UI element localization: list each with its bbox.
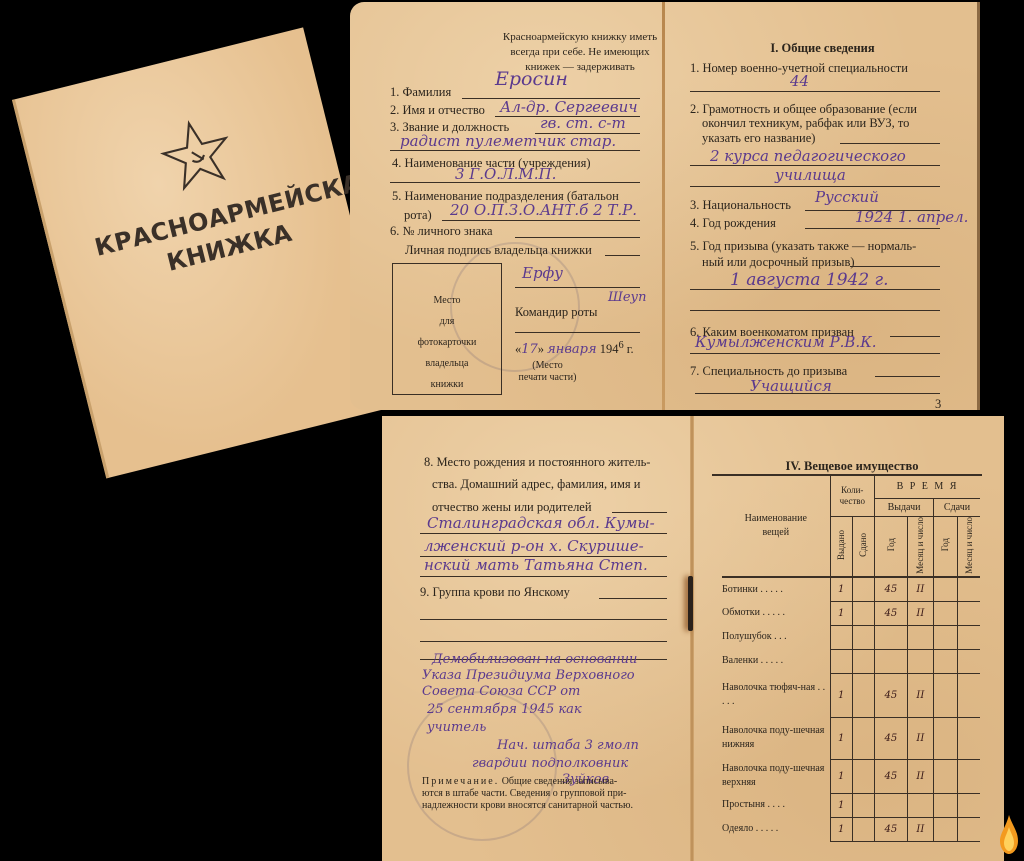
date-month: января	[547, 342, 596, 357]
photo-label-line: книжки	[393, 374, 501, 395]
cell-returned	[852, 717, 874, 759]
cell-year: 45	[875, 577, 908, 601]
footnote-line: Общие сведения записыва-	[502, 776, 618, 787]
demob-line: Демобилизован на основании	[432, 652, 637, 667]
demob-line: 25 сентября 1945 как	[427, 702, 582, 717]
header-text: Выдано	[836, 530, 846, 560]
cell-returned	[852, 673, 874, 717]
rule	[690, 353, 940, 354]
cell-year2	[934, 759, 958, 793]
rule	[420, 641, 667, 642]
cell-year: 45	[875, 759, 908, 793]
field-conscription-label2: ный или досрочный призыв)	[702, 254, 855, 270]
cell-returned	[852, 601, 874, 625]
cell-issued: 1	[830, 759, 852, 793]
date-year: 194	[600, 342, 619, 356]
rule	[690, 310, 940, 311]
cell-month2	[957, 793, 980, 817]
demob-line: учитель	[427, 720, 486, 735]
surname-value: Еросин	[495, 68, 568, 90]
cell-year2	[934, 817, 958, 841]
cell-month2	[957, 625, 980, 649]
table-row: Валенки . . . . .	[722, 649, 980, 673]
owner-signature: Ерфу	[522, 264, 563, 282]
field-name-label: 2. Имя и отчество	[390, 102, 485, 118]
header-item-name: Наименование вещей	[722, 476, 830, 577]
field-conscription-label: 5. Год призыва (указать также — нормаль-	[690, 238, 916, 254]
header-issue: Выдачи	[875, 498, 934, 516]
cell-month2	[957, 817, 980, 841]
rule	[690, 91, 940, 92]
photo-label-line: для	[393, 311, 501, 332]
rule	[690, 186, 940, 187]
header-text: вещей	[722, 526, 830, 540]
rank-value: гв. ст. с-т	[540, 114, 626, 132]
row-label: Ботинки . . . . .	[722, 577, 830, 601]
rule	[515, 237, 640, 238]
page-edge	[977, 2, 980, 410]
stamp-label-line: печати части)	[515, 372, 580, 384]
row-label: Наволочка тюфяч-ная . . . . .	[722, 673, 830, 717]
spine	[690, 416, 694, 861]
cell-month2	[957, 577, 980, 601]
rule	[840, 143, 940, 144]
rule	[690, 289, 940, 290]
header-quantity: Коли- чество	[830, 476, 875, 516]
vus-value: 44	[790, 72, 809, 90]
conscription-value: 1 августа 1942 г.	[730, 270, 889, 290]
cell-year2	[934, 673, 958, 717]
header-text: Месяц и число	[964, 517, 974, 574]
field8-value-line2: лженский р-он х. Скурише-	[424, 537, 644, 555]
flame-logo-icon	[998, 815, 1020, 855]
cell-year2	[934, 601, 958, 625]
cell-returned	[852, 793, 874, 817]
rule	[599, 598, 667, 599]
spine	[662, 2, 665, 410]
cell-issued: 1	[830, 577, 852, 601]
date-day: 17	[521, 342, 538, 357]
table-row: Наволочка тюфяч-ная . . . . . 1 45 II	[722, 673, 980, 717]
photo-placeholder: Место для фотокарточки владельца книжки	[392, 263, 502, 395]
header-text: чество	[831, 496, 875, 507]
cell-month: II	[907, 759, 933, 793]
birthyear-value: 1924 1. апрел.	[855, 208, 968, 226]
rule	[850, 266, 940, 267]
field-surname-label: 1. Фамилия	[390, 84, 451, 100]
top-spread: Красноармейскую книжку иметь всегда при …	[350, 2, 980, 410]
cell-month: II	[907, 673, 933, 717]
rule	[695, 393, 940, 394]
section-title-property: IV. Вещевое имущество	[722, 458, 982, 474]
table-row: Простыня . . . . 1	[722, 793, 980, 817]
header-time: В Р Е М Я	[875, 476, 980, 498]
demob-line: Нач. штаба 3 гмолп	[497, 738, 639, 753]
cell-returned	[852, 649, 874, 673]
cell-month2	[957, 673, 980, 717]
rule	[515, 287, 640, 288]
row-label: Валенки . . . . .	[722, 649, 830, 673]
cell-year	[875, 793, 908, 817]
demob-line: гвардии подполковник	[472, 756, 628, 771]
cell-year2	[934, 649, 958, 673]
cell-year2	[934, 577, 958, 601]
cell-year	[875, 625, 908, 649]
cell-returned	[852, 577, 874, 601]
field9-label: 9. Группа крови по Янскому	[420, 584, 570, 600]
rule	[390, 150, 640, 151]
cell-month: II	[907, 601, 933, 625]
cell-month2	[957, 649, 980, 673]
rule	[420, 619, 667, 620]
table-row: Наволочка поду-шечная нижняя 1 45 II	[722, 717, 980, 759]
cell-issued	[830, 625, 852, 649]
field-birthyear-label: 4. Год рождения	[690, 215, 776, 231]
header-returned: Сдано	[852, 516, 874, 577]
cell-issued: 1	[830, 717, 852, 759]
cell-returned	[852, 817, 874, 841]
field-education-label2: окончил техникум, рабфак или ВУЗ, то	[702, 115, 909, 131]
cell-month2	[957, 601, 980, 625]
commander-label: Командир роты	[515, 304, 597, 320]
rule	[515, 332, 640, 333]
footnote-line: надлежности крови вносятся санитарной ча…	[422, 800, 672, 812]
table-row: Обмотки . . . . . 1 45 II	[722, 601, 980, 625]
header-text: Сдано	[858, 533, 868, 557]
field-dogtag-label: 6. № личного знака	[390, 223, 493, 239]
photo-label-line: Место	[393, 290, 501, 311]
cell-year2	[934, 625, 958, 649]
rule	[890, 336, 940, 337]
field8-label: 8. Место рождения и постоянного житель-	[424, 454, 650, 470]
cell-month2	[957, 759, 980, 793]
rule	[420, 576, 667, 577]
rule	[612, 512, 667, 513]
cell-year2	[934, 793, 958, 817]
commissariat-value: Кумылженским Р.В.К.	[695, 333, 877, 351]
table-row: Наволочка поду-шечная верхняя 1 45 II	[722, 759, 980, 793]
date-line: «17» января 1946 г.	[515, 338, 634, 358]
cell-year: 45	[875, 673, 908, 717]
field8-label2: ства. Домашний адрес, фамилия, имя и	[432, 476, 640, 492]
row-label: Простыня . . . .	[722, 793, 830, 817]
date-year-suffix: 6	[618, 340, 623, 351]
cell-year: 45	[875, 601, 908, 625]
cell-month2	[957, 717, 980, 759]
table-row: Ботинки . . . . . 1 45 II	[722, 577, 980, 601]
education-value2: училища	[775, 166, 846, 184]
field-nationality-label: 3. Национальность	[690, 197, 791, 213]
cell-returned	[852, 625, 874, 649]
photo-label-line: владельца	[393, 353, 501, 374]
education-value: 2 курса педагогического	[710, 147, 906, 165]
section-title-general: I. Общие сведения	[680, 40, 965, 56]
demob-line: Совета Союза ССР от	[422, 684, 580, 699]
cell-month: II	[907, 817, 933, 841]
demob-line: Указа Президиума Верховного	[422, 668, 635, 683]
cell-year2	[934, 717, 958, 759]
field8-value-line3: нский мать Татьяна Степ.	[424, 556, 648, 574]
field-subunit-label2: рота)	[404, 207, 432, 223]
cell-month	[907, 649, 933, 673]
cell-month	[907, 793, 933, 817]
row-label: Наволочка поду-шечная нижняя	[722, 717, 830, 759]
footnote-line: ются в штабе части. Сведения о групповой…	[422, 788, 672, 800]
cell-issued	[830, 649, 852, 673]
header-month-day: Месяц и число	[907, 516, 933, 577]
header-month-day2: Месяц и число	[957, 516, 980, 577]
staple	[688, 576, 693, 631]
photo-label-line: фотокарточки	[393, 332, 501, 353]
cell-year	[875, 649, 908, 673]
cell-year: 45	[875, 817, 908, 841]
rule	[420, 533, 667, 534]
rule	[442, 220, 640, 221]
nationality-value: Русский	[815, 188, 879, 206]
stamp-place-label: (Место печати части)	[515, 360, 580, 384]
rule	[605, 255, 640, 256]
date-g: г.	[627, 342, 634, 356]
notice-line: всегда при себе. Не имеющих	[500, 45, 660, 60]
header-text: Год	[886, 538, 896, 551]
position-value: радист пулеметчик стар.	[400, 132, 616, 150]
booklet-cover: КРАСНОАРМЕЙСКАЯ КНИЖКА	[12, 27, 397, 478]
cell-month: II	[907, 717, 933, 759]
star-hammer-sickle-icon	[154, 112, 239, 197]
cell-month: II	[907, 577, 933, 601]
footnote-title: Примечание.	[422, 776, 499, 787]
footnote: Примечание. Общие сведения записыва- ютс…	[422, 776, 672, 812]
page-number: 3	[935, 396, 941, 412]
commander-signature: Шеуп	[608, 290, 646, 305]
notice-line: Красноармейскую книжку иметь	[500, 30, 660, 45]
header-issued: Выдано	[830, 516, 852, 577]
row-label: Наволочка поду-шечная верхняя	[722, 759, 830, 793]
cell-month	[907, 625, 933, 649]
header-text: Месяц и число	[915, 517, 925, 574]
cell-returned	[852, 759, 874, 793]
field8-value-line1: Сталинградская обл. Кумы-	[427, 514, 655, 532]
field8-label3: отчество жены или родителей	[432, 499, 592, 515]
header-year: Год	[875, 516, 908, 577]
unit-value: 3 Г.О.Л.М.П.	[455, 165, 556, 183]
cell-issued: 1	[830, 601, 852, 625]
bottom-spread: 8. Место рождения и постоянного житель- …	[382, 416, 1004, 861]
header-text: Коли-	[831, 485, 875, 496]
header-return: Сдачи	[934, 498, 981, 516]
header-text: Наименование	[722, 512, 830, 526]
row-label: Одеяло . . . . .	[722, 817, 830, 841]
row-label: Обмотки . . . . .	[722, 601, 830, 625]
cell-issued: 1	[830, 817, 852, 841]
table-row: Одеяло . . . . . 1 45 II	[722, 817, 980, 841]
subunit-value: 20 О.П.З.О.АНТ.б 2 Т.Р.	[450, 201, 637, 219]
cell-year: 45	[875, 717, 908, 759]
header-text: Год	[940, 538, 950, 551]
rule	[875, 376, 940, 377]
field-education-label3: указать его название)	[702, 130, 815, 146]
cell-issued: 1	[830, 793, 852, 817]
cell-issued: 1	[830, 673, 852, 717]
rule	[805, 228, 940, 229]
property-table: Наименование вещей Коли- чество В Р Е М …	[722, 476, 980, 842]
row-label: Полушубок . . .	[722, 625, 830, 649]
table-row: Полушубок . . .	[722, 625, 980, 649]
header-year2: Год	[934, 516, 958, 577]
stamp-label-line: (Место	[515, 360, 580, 372]
